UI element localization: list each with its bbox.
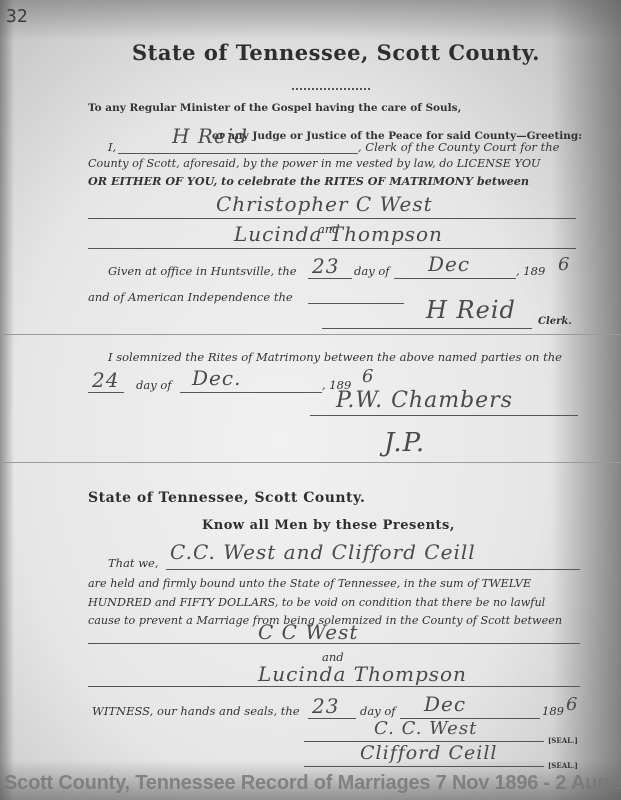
independence-text: and of American Independence the [88,290,293,304]
signature-2-handwritten: Clifford Ceill [360,742,498,764]
witness-day-line [308,718,356,719]
solemn-month-handwritten: Dec. [192,366,241,390]
document-page: 32 State of Tennessee, Scott County. To … [0,0,621,800]
groom-line [88,218,576,219]
solemn-year-handwritten: 6 [362,366,374,387]
witness-year-handwritten: 6 [566,694,578,715]
license-bride-handwritten: Lucinda Thompson [234,222,443,246]
title-ornament [292,88,370,90]
clerk-text-1: , Clerk of the County Court for the [358,140,559,154]
given-day-handwritten: 23 [312,254,339,278]
given-month-handwritten: Dec [428,252,470,276]
license-title: State of Tennessee, Scott County. [132,40,540,65]
image-caption: Scott County, Tennessee Record of Marria… [4,772,621,795]
given-day-of: day of [354,264,390,278]
clerk-name-line [118,153,358,154]
witness-year-printed: 189 [542,704,564,718]
solemnization-text: I solemnized the Rites of Matrimony betw… [108,350,562,364]
witness-month-handwritten: Dec [424,692,466,716]
officiant-title-handwritten: J.P. [384,428,425,458]
greeting-line-1: To any Regular Minister of the Gospel ha… [88,102,461,114]
scan-shadow-left [0,0,14,800]
clerk-signature-handwritten: H Reid [426,296,516,324]
bond-title: State of Tennessee, Scott County. [88,490,365,506]
signature-2-line [304,766,544,767]
clerk-signature-line [322,328,532,329]
clerk-intro: I, [108,140,116,154]
bond-bride-line [88,686,580,687]
scan-shadow-top [0,0,621,40]
bond-text-2: HUNDRED and FIFTY DOLLARS, to be void on… [88,596,545,609]
clerk-name-handwritten: H Reid [172,124,248,148]
solemn-day-of: day of [136,378,172,392]
bond-bride-handwritten: Lucinda Thompson [258,662,467,686]
witness-day-handwritten: 23 [312,694,339,718]
bride-line [88,248,576,249]
solemn-day-handwritten: 24 [92,368,119,392]
solemn-day-line [88,392,124,393]
section-divider-2 [0,462,621,463]
seal-label-1: [SEAL.] [548,736,578,745]
obligors-handwritten: C.C. West and Clifford Ceill [170,540,476,564]
officiant-signature-line [310,415,578,416]
witness-day-of: day of [360,704,396,718]
given-month-line [394,278,516,279]
license-groom-handwritten: Christopher C West [216,192,433,216]
officiant-signature-handwritten: P.W. Chambers [336,388,513,413]
bond-subtitle: Know all Men by these Presents, [202,518,455,533]
bond-that-we: That we, [108,556,159,570]
page-number: 32 [6,6,28,27]
section-divider-1 [0,334,621,335]
given-year-handwritten: 6 [558,254,570,275]
bond-groom-handwritten: C C West [258,620,358,644]
clerk-label: Clerk. [538,316,572,327]
clerk-text-3: OR EITHER OF YOU, to celebrate the RITES… [88,174,529,188]
given-prefix: Given at office in Huntsville, the [108,264,297,278]
solemn-month-line [180,392,322,393]
seal-label-2: [SEAL.] [548,761,578,770]
bond-text-1: are held and firmly bound unto the State… [88,577,531,590]
given-year-printed: , 189 [516,264,545,278]
scan-shadow-right [551,0,621,800]
clerk-text-2: County of Scott, aforesaid, by the power… [88,157,540,170]
signature-1-handwritten: C. C. West [374,718,477,739]
given-day-line [308,278,352,279]
independence-line [308,303,404,304]
witness-prefix: WITNESS, our hands and seals, the [92,704,300,718]
obligors-line [166,569,580,570]
